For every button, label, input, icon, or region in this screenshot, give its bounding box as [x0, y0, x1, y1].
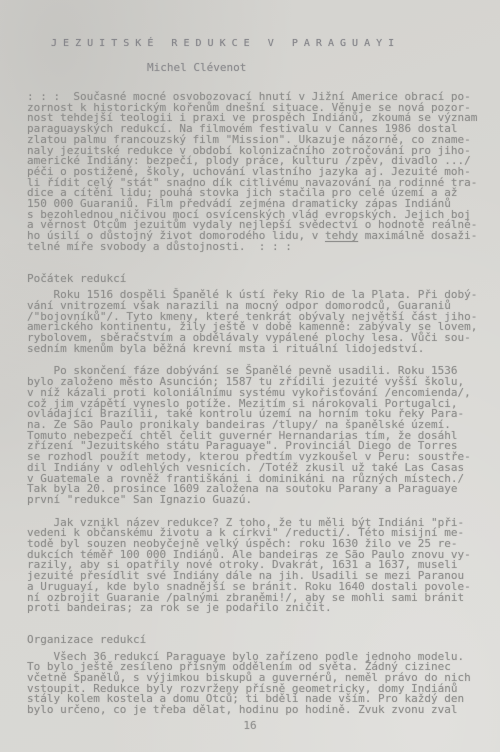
author-name: Michel Clévenot [147, 62, 481, 73]
page-number: 16 [0, 720, 500, 731]
paragraph: Po skončení fáze dobývání se Španělé pev… [27, 366, 481, 505]
underlined-word: tehdy [325, 229, 358, 242]
section-heading-organizace-redukci: Organizace redukcí [27, 635, 481, 646]
paragraph: Všech 36 redukcí Paraguaye bylo zařízeno… [27, 652, 481, 716]
page-content: J E Z U I T S K É R E D U K C E V P A R … [27, 38, 481, 716]
section-heading-pocatek-redukci: Počátek redukcí [27, 274, 481, 285]
page-title: J E Z U I T S K É R E D U K C E V P A R … [51, 38, 481, 49]
scanned-document-page: J E Z U I T S K É R E D U K C E V P A R … [0, 0, 500, 752]
paragraph: Jak vznikl název redukce? Z toho, že tu … [27, 518, 481, 614]
paragraph: Roku 1516 dospěli Španělé k ústí řeky Ri… [27, 290, 481, 354]
intro-paragraph: : : : Současné mocné osvobozovací hnutí … [27, 92, 481, 253]
intro-text-before: : : : Současné mocné osvobozovací hnutí … [27, 90, 477, 242]
